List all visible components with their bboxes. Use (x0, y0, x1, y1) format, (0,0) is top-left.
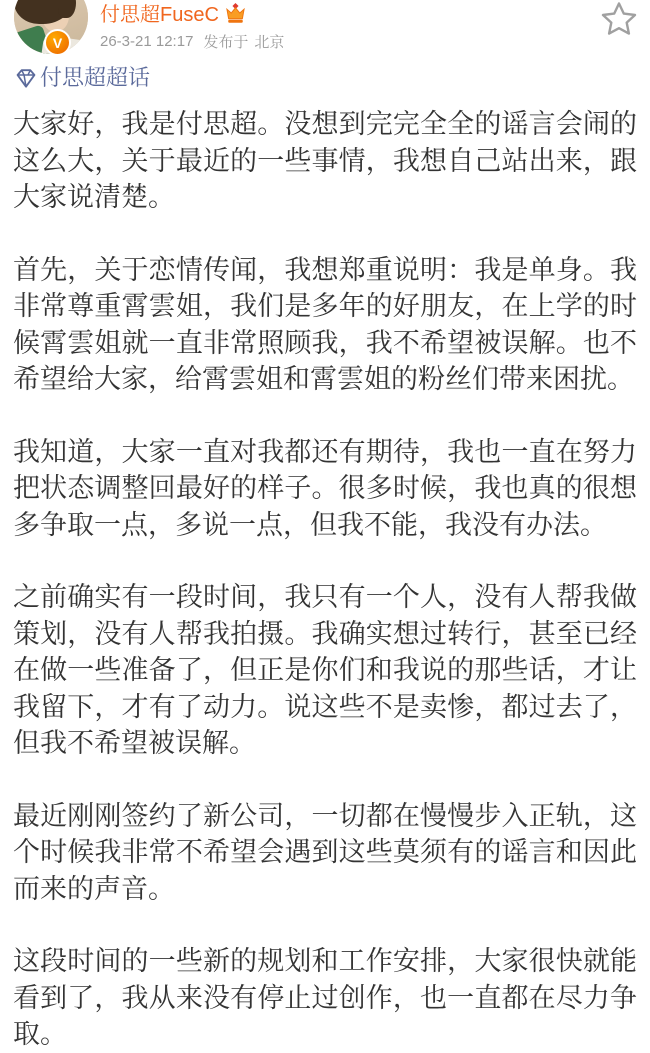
star-button[interactable] (600, 0, 638, 40)
post-body: 大家好，我是付思超。没想到完完全全的谣言会闹的这么大，关于最近的一些事情，我想自… (13, 106, 637, 1053)
supertopic-diamond-icon (13, 65, 39, 91)
post-paragraph: 大家好，我是付思超。没想到完完全全的谣言会闹的这么大，关于最近的一些事情，我想自… (13, 106, 637, 216)
star-icon (600, 0, 638, 40)
timestamp: 26-3-21 12:17 (100, 33, 193, 50)
username-text: 付思超FuseC (100, 0, 219, 27)
timestamp-row: 26-3-21 12:17 发布于 北京 (100, 31, 284, 52)
post-paragraph: 首先，关于恋情传闻，我想郑重说明：我是单身。我非常尊重霄雲姐，我们是多年的好朋友… (13, 252, 637, 398)
supertopic-link[interactable]: 付思超超话 (13, 61, 150, 92)
username-link[interactable]: 付思超FuseC (100, 0, 247, 27)
source-label: 发布于 (203, 31, 248, 52)
post-paragraph: 之前确实有一段时间，我只有一个人，没有人帮我做策划，没有人帮我拍摄。我确实想过转… (13, 579, 637, 762)
supertopic-label: 付思超超话 (40, 61, 150, 92)
verified-badge-icon: V (44, 29, 71, 56)
post-paragraph: 我知道，大家一直对我都还有期待，我也一直在努力把状态调整回最好的样子。很多时候，… (13, 434, 637, 544)
post-paragraph: 这段时间的一些新的规划和工作安排，大家很快就能看到了，我从来没有停止过创作，也一… (13, 943, 637, 1053)
post-paragraph: 最近刚刚签约了新公司，一切都在慢慢步入正轨，这个时候我非常不希望会遇到这些莫须有… (13, 798, 637, 908)
vip-crown-icon (224, 3, 247, 24)
weibo-post: V 付思超FuseC 26-3-21 12:17 发布于 北京 付思超超话 大家… (0, 0, 650, 1053)
location-text: 北京 (254, 31, 284, 52)
